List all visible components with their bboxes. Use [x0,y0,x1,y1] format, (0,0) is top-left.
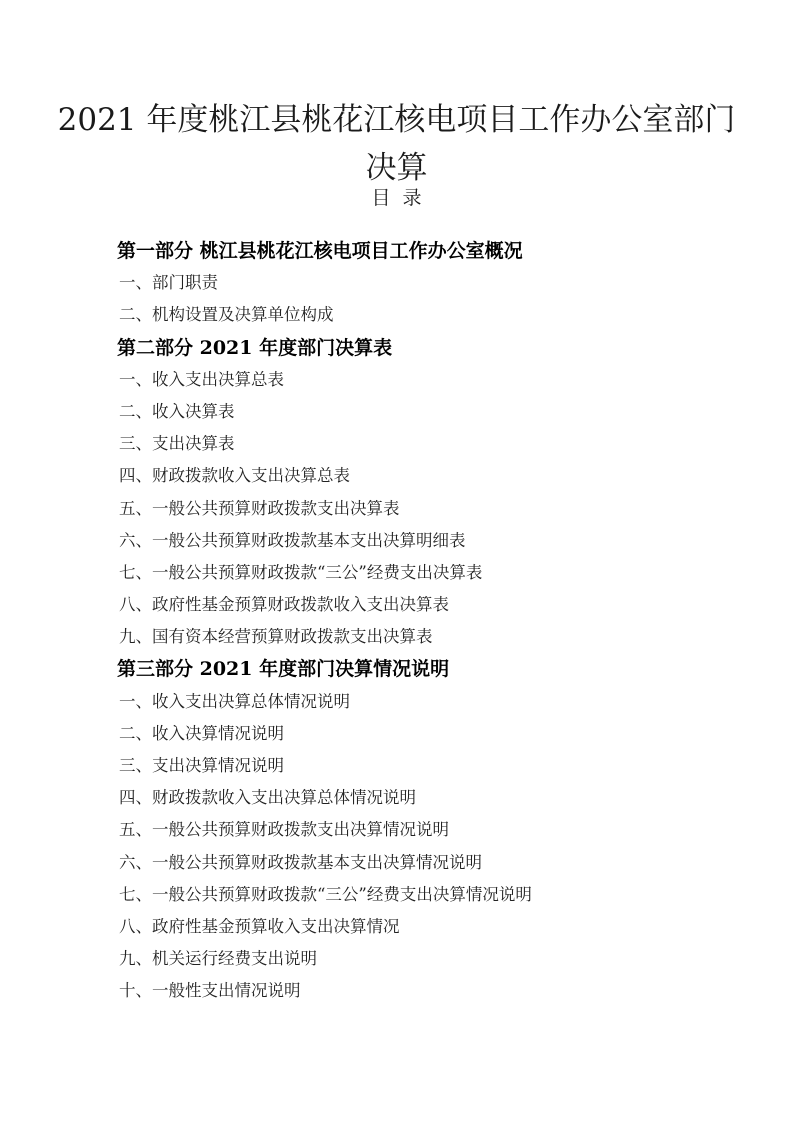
toc-item[interactable]: 三、支出决算表 [117,428,737,460]
document-title-line-1: 2021 年度桃江县桃花江核电项目工作办公室部门 [0,98,793,142]
toc-item[interactable]: 六、一般公共预算财政拨款基本支出决算情况说明 [117,847,737,879]
toc-item[interactable]: 九、国有资本经营预算财政拨款支出决算表 [117,621,737,653]
toc-item[interactable]: 九、机关运行经费支出说明 [117,943,737,975]
table-of-contents: 第一部分 桃江县桃花江核电项目工作办公室概况 一、部门职责 二、机构设置及决算单… [117,235,737,1008]
toc-item[interactable]: 二、收入决算表 [117,396,737,428]
toc-item[interactable]: 五、一般公共预算财政拨款支出决算情况说明 [117,814,737,846]
document-page: 2021 年度桃江县桃花江核电项目工作办公室部门 决算 目录 第一部分 桃江县桃… [0,0,793,1122]
toc-item[interactable]: 七、一般公共预算财政拨款“三公”经费支出决算情况说明 [117,879,737,911]
toc-item[interactable]: 八、政府性基金预算收入支出决算情况 [117,911,737,943]
toc-item[interactable]: 二、机构设置及决算单位构成 [117,299,737,331]
toc-item[interactable]: 七、一般公共预算财政拨款“三公”经费支出决算表 [117,557,737,589]
toc-item[interactable]: 三、支出决算情况说明 [117,750,737,782]
toc-item[interactable]: 五、一般公共预算财政拨款支出决算表 [117,493,737,525]
toc-heading: 目录 [0,184,793,212]
toc-item[interactable]: 一、部门职责 [117,267,737,299]
toc-section-2-heading[interactable]: 第二部分 2021 年度部门决算表 [117,332,737,364]
toc-item[interactable]: 十、一般性支出情况说明 [117,975,737,1007]
toc-item[interactable]: 一、收入支出决算总表 [117,364,737,396]
toc-item[interactable]: 一、收入支出决算总体情况说明 [117,686,737,718]
toc-item[interactable]: 六、一般公共预算财政拨款基本支出决算明细表 [117,525,737,557]
toc-item[interactable]: 四、财政拨款收入支出决算总表 [117,460,737,492]
toc-section-3-heading[interactable]: 第三部分 2021 年度部门决算情况说明 [117,653,737,685]
toc-item[interactable]: 四、财政拨款收入支出决算总体情况说明 [117,782,737,814]
toc-item[interactable]: 二、收入决算情况说明 [117,718,737,750]
toc-item[interactable]: 八、政府性基金预算财政拨款收入支出决算表 [117,589,737,621]
toc-section-1-heading[interactable]: 第一部分 桃江县桃花江核电项目工作办公室概况 [117,235,737,267]
